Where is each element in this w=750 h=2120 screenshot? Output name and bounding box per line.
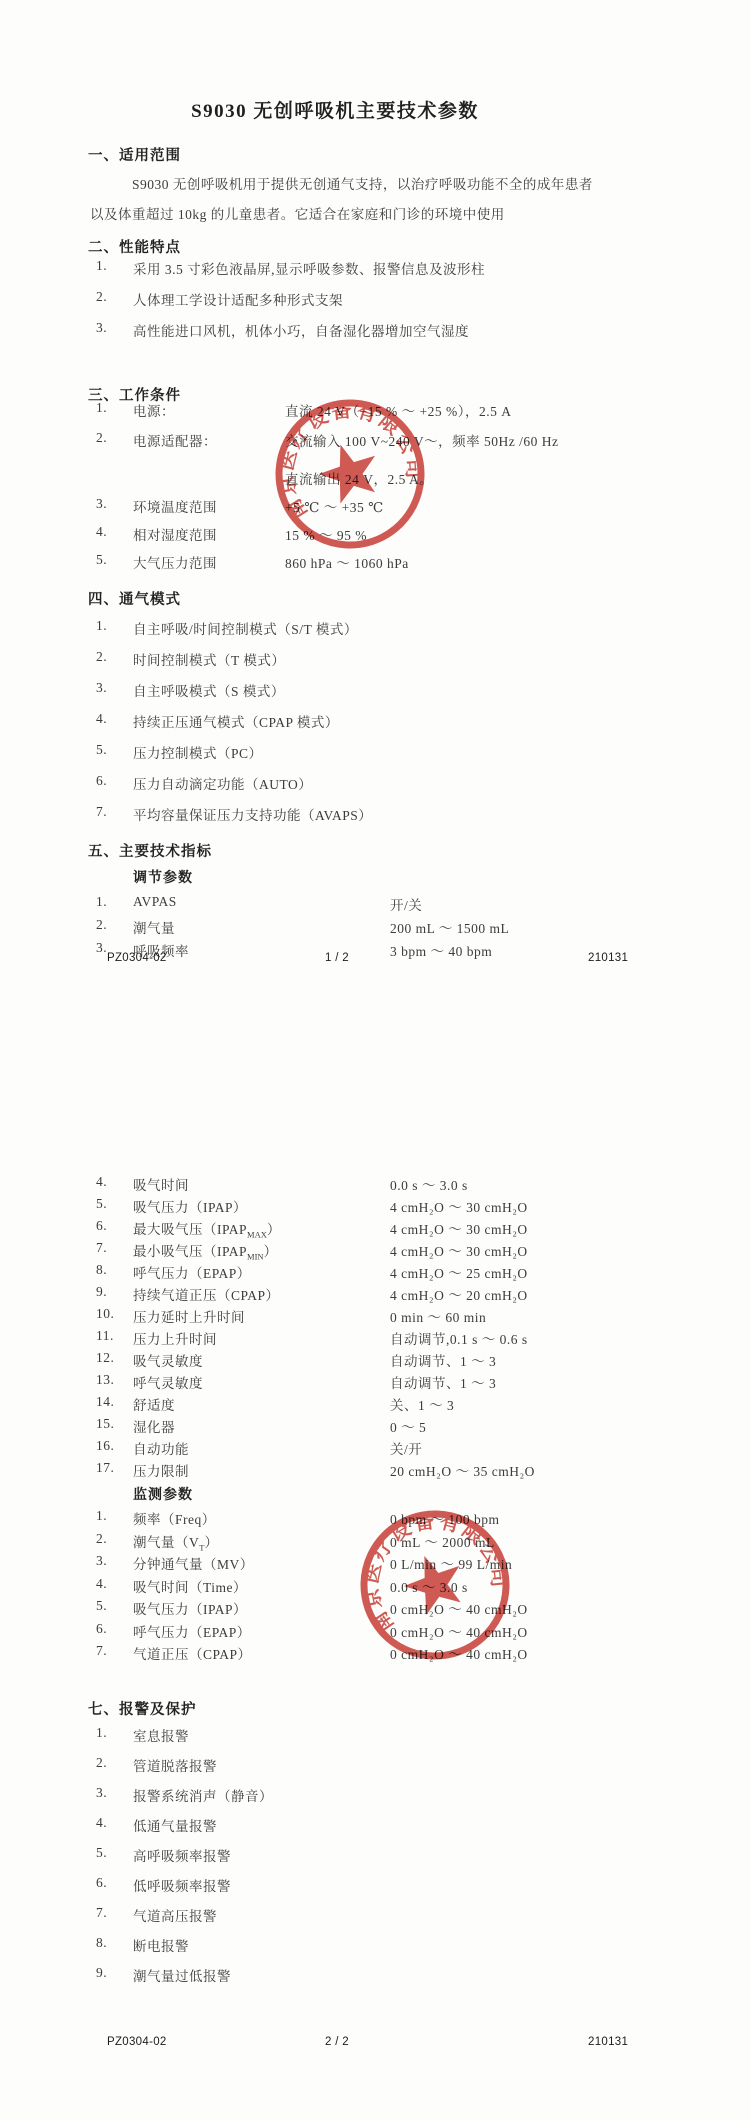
row-number: 17. — [96, 1460, 114, 1476]
row-number: 12. — [96, 1350, 114, 1366]
item-text: 自主呼吸模式（S 模式） — [133, 680, 285, 700]
star-icon — [397, 1546, 472, 1619]
row-value: 4 cmH₂O ～ 20 cmH₂O — [390, 1284, 528, 1304]
row-value: 开/关 — [390, 894, 422, 914]
item-number: 7. — [96, 1905, 107, 1921]
row-label: 持续气道正压（CPAP） — [133, 1284, 280, 1306]
row-label: 吸气灵敏度 — [133, 1350, 203, 1372]
row-value: 4 cmH₂O ～ 25 cmH₂O — [390, 1262, 528, 1282]
row-value: 关/开 — [390, 1438, 422, 1458]
item-number: 1. — [96, 1725, 107, 1741]
row-number: 1. — [96, 894, 107, 910]
alarm-list: 1. 室息报警 2. 管道脱落报警 3. 报警系统消声（静音） 4. 低通气量报… — [0, 1725, 750, 1995]
company-seal-stamp: 南京医疗设备有限公司 — [250, 374, 450, 574]
row-number: 1. — [96, 1508, 107, 1524]
row-number: 8. — [96, 1262, 107, 1278]
item-number: 7. — [96, 804, 107, 820]
footer-page-number: 2 / 2 — [0, 2036, 674, 2048]
row-value: 4 cmH₂O ～ 30 cmH₂O — [390, 1218, 528, 1238]
table-row: 5. 吸气压力（IPAP） 4 cmH₂O ～ 30 cmH₂O — [0, 1196, 750, 1218]
row-label: 环境温度范围 — [133, 496, 217, 518]
table-row: 10. 压力延时上升时间 0 min ～ 60 min — [0, 1306, 750, 1328]
item-number: 9. — [96, 1965, 107, 1981]
row-label: 气道正压（CPAP） — [133, 1643, 252, 1665]
row-label: 舒适度 — [133, 1394, 175, 1416]
row-label: 呼气压力（EPAP） — [133, 1262, 251, 1284]
item-number: 5. — [96, 742, 107, 758]
row-label: 压力延时上升时间 — [133, 1306, 245, 1328]
list-item: 3. 自主呼吸模式（S 模式） — [0, 680, 750, 711]
row-label: 电源适配器： — [133, 430, 217, 452]
item-text: 低呼吸频率报警 — [133, 1875, 231, 1895]
table-row: 4. 吸气时间 0.0 s ～ 3.0 s — [0, 1174, 750, 1196]
scope-paragraph-line2: 以及体重超过 10kg 的儿童患者。它适合在家庭和门诊的环境中使用 — [90, 203, 505, 223]
row-number: 5. — [96, 552, 107, 568]
table-row: 17. 压力限制 20 cmH₂O ～ 35 cmH₂O — [0, 1460, 750, 1482]
section-heading-scope: 一、适用范围 — [88, 144, 181, 165]
item-number: 6. — [96, 773, 107, 789]
row-value: 自动调节,0.1 s ～ 0.6 s — [390, 1328, 528, 1348]
row-value: 0 ～ 5 — [390, 1416, 426, 1436]
list-item: 5. 压力控制模式（PC） — [0, 742, 750, 773]
row-number: 2. — [96, 917, 107, 933]
page-title: S9030 无创呼吸机主要技术参数 — [0, 96, 670, 123]
row-number: 4. — [96, 1174, 107, 1190]
row-number: 7. — [96, 1643, 107, 1659]
list-item: 8. 断电报警 — [0, 1935, 750, 1965]
list-item: 4. 持续正压通气模式（CPAP 模式） — [0, 711, 750, 742]
section-heading-alarms: 七、报警及保护 — [88, 1698, 197, 1719]
footer-code: 210131 — [588, 2036, 628, 2048]
row-label: 自动功能 — [133, 1438, 189, 1460]
list-item: 6. 低呼吸频率报警 — [0, 1875, 750, 1905]
item-number: 5. — [96, 1845, 107, 1861]
row-number: 6. — [96, 1621, 107, 1637]
table-row: 6. 最大吸气压（IPAPMAX） 4 cmH₂O ～ 30 cmH₂O — [0, 1218, 750, 1240]
item-text: 潮气量过低报警 — [133, 1965, 231, 1985]
item-text: 时间控制模式（T 模式） — [133, 649, 285, 669]
row-label: 相对湿度范围 — [133, 524, 217, 546]
item-number: 8. — [96, 1935, 107, 1951]
row-value: 0 min ～ 60 min — [390, 1306, 486, 1326]
list-item: 2. 管道脱落报警 — [0, 1755, 750, 1785]
list-item: 3. 高性能进口风机，机体小巧，自备湿化器增加空气湿度 — [0, 320, 750, 351]
row-label: 大气压力范围 — [133, 552, 217, 574]
table-row: 7. 最小吸气压（IPAPMIN） 4 cmH₂O ～ 30 cmH₂O — [0, 1240, 750, 1262]
row-label: AVPAS — [133, 894, 177, 912]
item-text: 压力控制模式（PC） — [133, 742, 263, 762]
row-label: 呼气灵敏度 — [133, 1372, 203, 1394]
row-number: 15. — [96, 1416, 114, 1432]
row-number: 2. — [96, 430, 107, 446]
row-number: 3. — [96, 1553, 107, 1569]
section-heading-ventilation-modes: 四、通气模式 — [88, 588, 181, 609]
table-row: 14. 舒适度 关、1 ～ 3 — [0, 1394, 750, 1416]
row-number: 2. — [96, 1531, 107, 1547]
row-number: 14. — [96, 1394, 114, 1410]
row-number: 5. — [96, 1196, 107, 1212]
list-item: 7. 气道高压报警 — [0, 1905, 750, 1935]
row-label: 电源： — [133, 400, 175, 422]
document-scan: S9030 无创呼吸机主要技术参数 一、适用范围 S9030 无创呼吸机用于提供… — [0, 0, 750, 2120]
row-label: 压力限制 — [133, 1460, 189, 1482]
footer-code: 210131 — [588, 952, 628, 964]
row-number: 4. — [96, 1576, 107, 1592]
ventilation-mode-list: 1. 自主呼吸/时间控制模式（S/T 模式） 2. 时间控制模式（T 模式） 3… — [0, 618, 750, 835]
item-number: 1. — [96, 258, 107, 274]
row-label: 吸气时间 — [133, 1174, 189, 1196]
row-number: 16. — [96, 1438, 114, 1454]
item-number: 3. — [96, 1785, 107, 1801]
row-number: 6. — [96, 1218, 107, 1234]
item-text: 压力自动滴定功能（AUTO） — [133, 773, 312, 793]
row-number: 1. — [96, 400, 107, 416]
item-text: 低通气量报警 — [133, 1815, 217, 1835]
subheading-adjustment-params: 调节参数 — [133, 867, 193, 887]
table-row: 13. 呼气灵敏度 自动调节、1 ～ 3 — [0, 1372, 750, 1394]
item-number: 2. — [96, 289, 107, 305]
row-label: 潮气量（VT） — [133, 1531, 218, 1553]
list-item: 1. 采用 3.5 寸彩色液晶屏,显示呼吸参数、报警信息及波形柱 — [0, 258, 750, 289]
item-text: 管道脱落报警 — [133, 1755, 217, 1775]
item-text: 高性能进口风机，机体小巧，自备湿化器增加空气湿度 — [133, 320, 469, 340]
row-label: 呼气压力（EPAP） — [133, 1621, 251, 1643]
row-value: 4 cmH₂O ～ 30 cmH₂O — [390, 1240, 528, 1260]
list-item: 1. 自主呼吸/时间控制模式（S/T 模式） — [0, 618, 750, 649]
item-text: 人体理工学设计适配多种形式支架 — [133, 289, 343, 309]
item-text: 平均容量保证压力支持功能（AVAPS） — [133, 804, 372, 824]
footer-page-number: 1 / 2 — [0, 952, 674, 964]
row-number: 4. — [96, 524, 107, 540]
row-value: 200 mL ～ 1500 mL — [390, 917, 509, 937]
row-number: 11. — [96, 1328, 114, 1344]
list-item: 4. 低通气量报警 — [0, 1815, 750, 1845]
subheading-monitor-params: 监测参数 — [133, 1484, 193, 1504]
row-number: 10. — [96, 1306, 114, 1322]
row-number: 9. — [96, 1284, 107, 1300]
item-number: 3. — [96, 320, 107, 336]
table-row: 11. 压力上升时间 自动调节,0.1 s ～ 0.6 s — [0, 1328, 750, 1350]
item-number: 3. — [96, 680, 107, 696]
item-text: 采用 3.5 寸彩色液晶屏,显示呼吸参数、报警信息及波形柱 — [133, 258, 485, 278]
item-text: 持续正压通气模式（CPAP 模式） — [133, 711, 339, 731]
row-label: 频率（Freq） — [133, 1508, 216, 1530]
row-value: 自动调节、1 ～ 3 — [390, 1350, 496, 1370]
item-number: 1. — [96, 618, 107, 634]
list-item: 7. 平均容量保证压力支持功能（AVAPS） — [0, 804, 750, 835]
item-number: 4. — [96, 711, 107, 727]
table-row: 1. AVPAS 开/关 — [0, 894, 750, 917]
item-text: 断电报警 — [133, 1935, 189, 1955]
item-number: 4. — [96, 1815, 107, 1831]
row-label: 潮气量 — [133, 917, 175, 939]
adjustment-params-table-continued: 4. 吸气时间 0.0 s ～ 3.0 s 5. 吸气压力（IPAP） 4 cm… — [0, 1174, 750, 1482]
section-heading-main-specs: 五、主要技术指标 — [88, 840, 212, 861]
page2-footer: PZ0304-02 2 / 2 210131 — [0, 2036, 750, 2052]
list-item: 2. 时间控制模式（T 模式） — [0, 649, 750, 680]
table-row: 15. 湿化器 0 ～ 5 — [0, 1416, 750, 1438]
row-number: 13. — [96, 1372, 114, 1388]
row-label: 吸气时间（Time） — [133, 1576, 247, 1598]
item-text: 高呼吸频率报警 — [133, 1845, 231, 1865]
row-number: 3. — [96, 496, 107, 512]
scope-paragraph-line1: S9030 无创呼吸机用于提供无创通气支持，以治疗呼吸功能不全的成年患者 — [132, 173, 593, 193]
list-item: 3. 报警系统消声（静音） — [0, 1785, 750, 1815]
row-label: 分钟通气量（MV） — [133, 1553, 254, 1575]
item-text: 气道高压报警 — [133, 1905, 217, 1925]
row-value: 20 cmH₂O ～ 35 cmH₂O — [390, 1460, 535, 1480]
feature-list: 1. 采用 3.5 寸彩色液晶屏,显示呼吸参数、报警信息及波形柱 2. 人体理工… — [0, 258, 750, 351]
table-row: 16. 自动功能 关/开 — [0, 1438, 750, 1460]
list-item: 5. 高呼吸频率报警 — [0, 1845, 750, 1875]
list-item: 6. 压力自动滴定功能（AUTO） — [0, 773, 750, 804]
star-icon — [312, 435, 385, 507]
row-value: 关、1 ～ 3 — [390, 1394, 454, 1414]
row-value: 自动调节、1 ～ 3 — [390, 1372, 496, 1392]
section-heading-features: 二、性能特点 — [88, 236, 181, 257]
page1-footer: PZ0304-02 1 / 2 210131 — [0, 952, 750, 968]
list-item: 1. 室息报警 — [0, 1725, 750, 1755]
row-value: 4 cmH₂O ～ 30 cmH₂O — [390, 1196, 528, 1216]
row-label: 最大吸气压（IPAPMAX） — [133, 1218, 281, 1240]
item-text: 自主呼吸/时间控制模式（S/T 模式） — [133, 618, 358, 638]
item-text: 报警系统消声（静音） — [133, 1785, 273, 1805]
row-number: 5. — [96, 1598, 107, 1614]
table-row: 9. 持续气道正压（CPAP） 4 cmH₂O ～ 20 cmH₂O — [0, 1284, 750, 1306]
table-row: 8. 呼气压力（EPAP） 4 cmH₂O ～ 25 cmH₂O — [0, 1262, 750, 1284]
table-row: 2. 潮气量 200 mL ～ 1500 mL — [0, 917, 750, 940]
row-label: 吸气压力（IPAP） — [133, 1196, 247, 1218]
item-number: 2. — [96, 1755, 107, 1771]
company-seal-stamp: 南京医疗设备有限公司 — [335, 1485, 535, 1685]
item-text: 室息报警 — [133, 1725, 189, 1745]
list-item: 9. 潮气量过低报警 — [0, 1965, 750, 1995]
row-label: 湿化器 — [133, 1416, 175, 1438]
item-number: 2. — [96, 649, 107, 665]
row-label: 最小吸气压（IPAPMIN） — [133, 1240, 278, 1262]
row-number: 7. — [96, 1240, 107, 1256]
item-number: 6. — [96, 1875, 107, 1891]
table-row: 12. 吸气灵敏度 自动调节、1 ～ 3 — [0, 1350, 750, 1372]
row-label: 压力上升时间 — [133, 1328, 217, 1350]
row-label: 吸气压力（IPAP） — [133, 1598, 247, 1620]
row-value: 0.0 s ～ 3.0 s — [390, 1174, 468, 1194]
list-item: 2. 人体理工学设计适配多种形式支架 — [0, 289, 750, 320]
